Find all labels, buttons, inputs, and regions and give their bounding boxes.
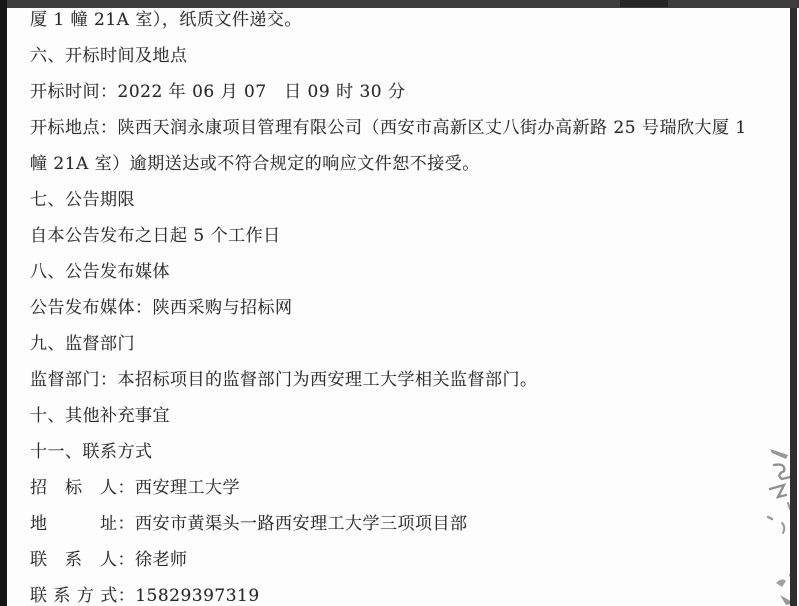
doc-heading-section-7: 七、公告期限 — [30, 182, 770, 218]
doc-heading-section-8: 八、公告发布媒体 — [30, 254, 770, 290]
scan-border-left — [0, 0, 7, 606]
doc-heading-section-9: 九、监督部门 — [30, 326, 770, 362]
doc-line-contact-phone: 联 系 方 式：15829397319 — [30, 578, 770, 606]
scan-artifact-dark-segment — [620, 0, 668, 7]
document-page: 厦 1 幢 21A 室），纸质文件递交。 六、开标时间及地点 开标时间：2022… — [30, 2, 770, 606]
doc-line-supervision-dept: 监督部门：本招标项目的监督部门为西安理工大学相关监督部门。 — [30, 362, 770, 398]
doc-line-bid-opening-time: 开标时间：2022 年 06 月 07 日 09 时 30 分 — [30, 74, 770, 110]
doc-heading-section-11: 十一、联系方式 — [30, 434, 770, 470]
doc-line-contact-person: 联 系 人：徐老师 — [30, 542, 770, 578]
doc-heading-section-10: 十、其他补充事宜 — [30, 398, 770, 434]
doc-line-bid-opening-place: 开标地点：陕西天润永康项目管理有限公司（西安市高新区丈八街办高新路 25 号瑞欣… — [30, 110, 770, 146]
doc-heading-section-6: 六、开标时间及地点 — [30, 38, 770, 74]
doc-line-tenderee: 招 标 人：西安理工大学 — [30, 470, 770, 506]
scan-border-top — [0, 0, 799, 8]
scan-border-right — [790, 0, 797, 606]
doc-line-notice-period: 自本公告发布之日起 5 个工作日 — [30, 218, 770, 254]
doc-line-bid-opening-place-2: 幢 21A 室）逾期送达或不符合规定的响应文件恕不接受。 — [30, 146, 770, 182]
doc-line-address: 地 址：西安市黄渠头一路西安理工大学三项项目部 — [30, 506, 770, 542]
doc-line-publish-media: 公告发布媒体：陕西采购与招标网 — [30, 290, 770, 326]
